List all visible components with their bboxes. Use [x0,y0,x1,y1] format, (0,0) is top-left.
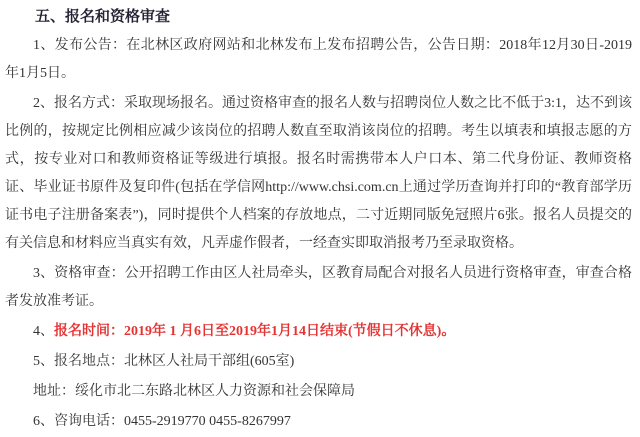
section-title: 五、报名和资格审查 [5,4,632,30]
paragraph-phone: 6、咨询电话：0455-2919770 0455-8267997 [5,408,632,436]
paragraph-registration-method: 2、报名方式：采取现场报名。通过资格审查的报名人数与招聘岗位人数之比不低于3:1… [5,90,632,258]
registration-time-highlight: 报名时间：2019年 1 月6日至2019年1月14日结束(节假日不休息)。 [54,324,455,339]
article-body: 五、报名和资格审查 1、发布公告：在北林区政府网站和北林发布上发布招聘公告，公告… [0,0,640,437]
paragraph-registration-time: 4、报名时间：2019年 1 月6日至2019年1月14日结束(节假日不休息)。 [5,318,632,346]
paragraph-address: 地址：绥化市北二东路北林区人力资源和社会保障局 [5,378,632,406]
paragraph-qualification-review: 3、资格审查：公开招聘工作由区人社局牵头，区教育局配合对报名人员进行资格审查，审… [5,260,632,316]
registration-time-number: 4、 [33,324,54,339]
paragraph-registration-location: 5、报名地点：北林区人社局干部组(605室) [5,348,632,376]
paragraph-announcement: 1、发布公告：在北林区政府网站和北林发布上发布招聘公告，公告日期：2018年12… [5,32,632,88]
